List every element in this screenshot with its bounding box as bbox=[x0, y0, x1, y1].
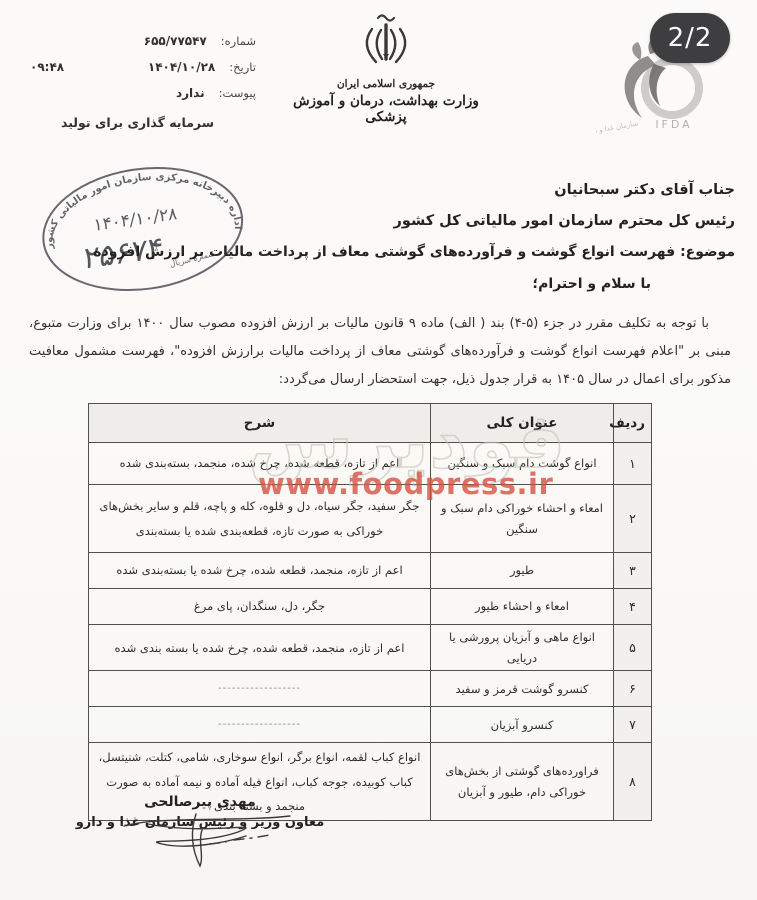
recipient-block: جناب آقای دکتر سبحانیان رئیس کل محترم سا… bbox=[22, 182, 735, 292]
letter-date-row: تاریخ: ۱۴۰۴/۱۰/۲۸ ۰۹:۴۸ bbox=[30, 60, 256, 86]
row-number: ۶ bbox=[614, 671, 652, 707]
signer-name: مهدی پیرصالحی bbox=[52, 794, 348, 810]
row-title: انواع ماهی و آبزیان پرورشی یا دریایی bbox=[431, 625, 614, 671]
letter-number-row: شماره: ۶۵۵/۷۷۵۴۷ bbox=[30, 34, 256, 60]
salutation-line: با سلام و احترام؛ bbox=[22, 276, 651, 292]
exemption-table: ردیف عنوان کلی شرح ۱ انواع گوشت دام سبک … bbox=[88, 403, 651, 821]
row-number: ۵ bbox=[614, 625, 652, 671]
recipient-title: رئیس کل محترم سازمان امور مالیاتی کل کشو… bbox=[22, 213, 735, 229]
government-title: جمهوری اسلامی ایران bbox=[288, 78, 484, 90]
col-header-description: شرح bbox=[89, 404, 431, 443]
iran-emblem-icon bbox=[357, 12, 415, 76]
scanned-letter-page: شماره: ۶۵۵/۷۷۵۴۷ تاریخ: ۱۴۰۴/۱۰/۲۸ ۰۹:۴۸… bbox=[0, 0, 757, 900]
row-description: اعم از تازه، قطعه شده، چرخ شده، منجمد، ب… bbox=[89, 443, 431, 485]
recipient-name: جناب آقای دکتر سبحانیان bbox=[22, 182, 735, 198]
handwritten-signature-icon bbox=[118, 812, 298, 874]
row-number: ۱ bbox=[614, 443, 652, 485]
row-number: ۲ bbox=[614, 485, 652, 553]
letterhead-center: جمهوری اسلامی ایران وزارت بهداشت، درمان … bbox=[288, 12, 484, 125]
row-number: ۸ bbox=[614, 743, 652, 820]
letter-date-value: ۱۴۰۴/۱۰/۲۸ bbox=[148, 60, 215, 74]
row-title: انواع گوشت دام سبک و سنگین bbox=[431, 443, 614, 485]
letter-attachment-row: پیوست: ندارد bbox=[30, 86, 256, 112]
letter-attachment-label: پیوست: bbox=[219, 86, 256, 100]
table-row: ۴ امعاء و احشاء طیور جگر، دل، سنگدان، پا… bbox=[89, 589, 652, 625]
row-title: کنسرو آبزیان bbox=[431, 707, 614, 743]
row-description: اعم از تازه، منجمد، قطعه شده، چرخ شده یا… bbox=[89, 625, 431, 671]
letter-body-paragraph: با توجه به تکلیف مقرر در جزء (۵-۴) بند (… bbox=[29, 310, 731, 394]
table-row: ۲ امعاء و احشاء خوراکی دام سبک و سنگین ج… bbox=[89, 485, 652, 553]
letter-attachment-value: ندارد bbox=[176, 86, 205, 100]
row-number: ۷ bbox=[614, 707, 652, 743]
row-number: ۴ bbox=[614, 589, 652, 625]
row-title: کنسرو گوشت قرمز و سفید bbox=[431, 671, 614, 707]
ifda-caption-text: سازمان غذا و دارو bbox=[596, 119, 639, 134]
row-description: جگر، دل، سنگدان، پای مرغ bbox=[89, 589, 431, 625]
letter-time-value: ۰۹:۴۸ bbox=[30, 60, 64, 74]
subject-line: موضوع: فهرست انواع گوشت و فرآورده‌های گو… bbox=[22, 244, 735, 260]
col-header-general-title: عنوان کلی bbox=[431, 404, 614, 443]
table-row: ۵ انواع ماهی و آبزیان پرورشی یا دریایی ا… bbox=[89, 625, 652, 671]
row-description: جگر سفید، جگر سیاه، دل و قلوه، کله و پاچ… bbox=[89, 485, 431, 553]
ifda-latin-text: IFDA bbox=[655, 118, 692, 131]
page-counter-text: 2/2 bbox=[668, 23, 713, 53]
table-row: ۳ طیور اعم از تازه، منجمد، قطعه شده، چرخ… bbox=[89, 553, 652, 589]
table-row: ۶ کنسرو گوشت قرمز و سفید ---------------… bbox=[89, 671, 652, 707]
row-number: ۳ bbox=[614, 553, 652, 589]
row-title: فراورده‌های گوشتی از بخش‌های خوراکی دام،… bbox=[431, 743, 614, 820]
letterhead-meta: شماره: ۶۵۵/۷۷۵۴۷ تاریخ: ۱۴۰۴/۱۰/۲۸ ۰۹:۴۸… bbox=[30, 34, 256, 130]
col-header-row-number: ردیف bbox=[614, 404, 652, 443]
letter-date-label: تاریخ: bbox=[229, 60, 256, 74]
row-description: اعم از تازه، منجمد، قطعه شده، چرخ شده یا… bbox=[89, 553, 431, 589]
table-header-row: ردیف عنوان کلی شرح bbox=[89, 404, 652, 443]
row-description: ------------------ bbox=[89, 671, 431, 707]
table-row: ۱ انواع گوشت دام سبک و سنگین اعم از تازه… bbox=[89, 443, 652, 485]
ministry-name: وزارت بهداشت، درمان و آموزش پزشکی bbox=[288, 93, 484, 125]
letter-number-value: ۶۵۵/۷۷۵۴۷ bbox=[144, 34, 207, 48]
row-title: طیور bbox=[431, 553, 614, 589]
letter-number-label: شماره: bbox=[221, 34, 256, 48]
page-counter-badge: 2/2 bbox=[650, 13, 730, 63]
row-description: ------------------ bbox=[89, 707, 431, 743]
row-title: امعاء و احشاء طیور bbox=[431, 589, 614, 625]
table-row: ۷ کنسرو آبزیان ------------------ bbox=[89, 707, 652, 743]
letterhead-slogan: سرمایه گذاری برای تولید bbox=[30, 115, 214, 130]
row-title: امعاء و احشاء خوراکی دام سبک و سنگین bbox=[431, 485, 614, 553]
